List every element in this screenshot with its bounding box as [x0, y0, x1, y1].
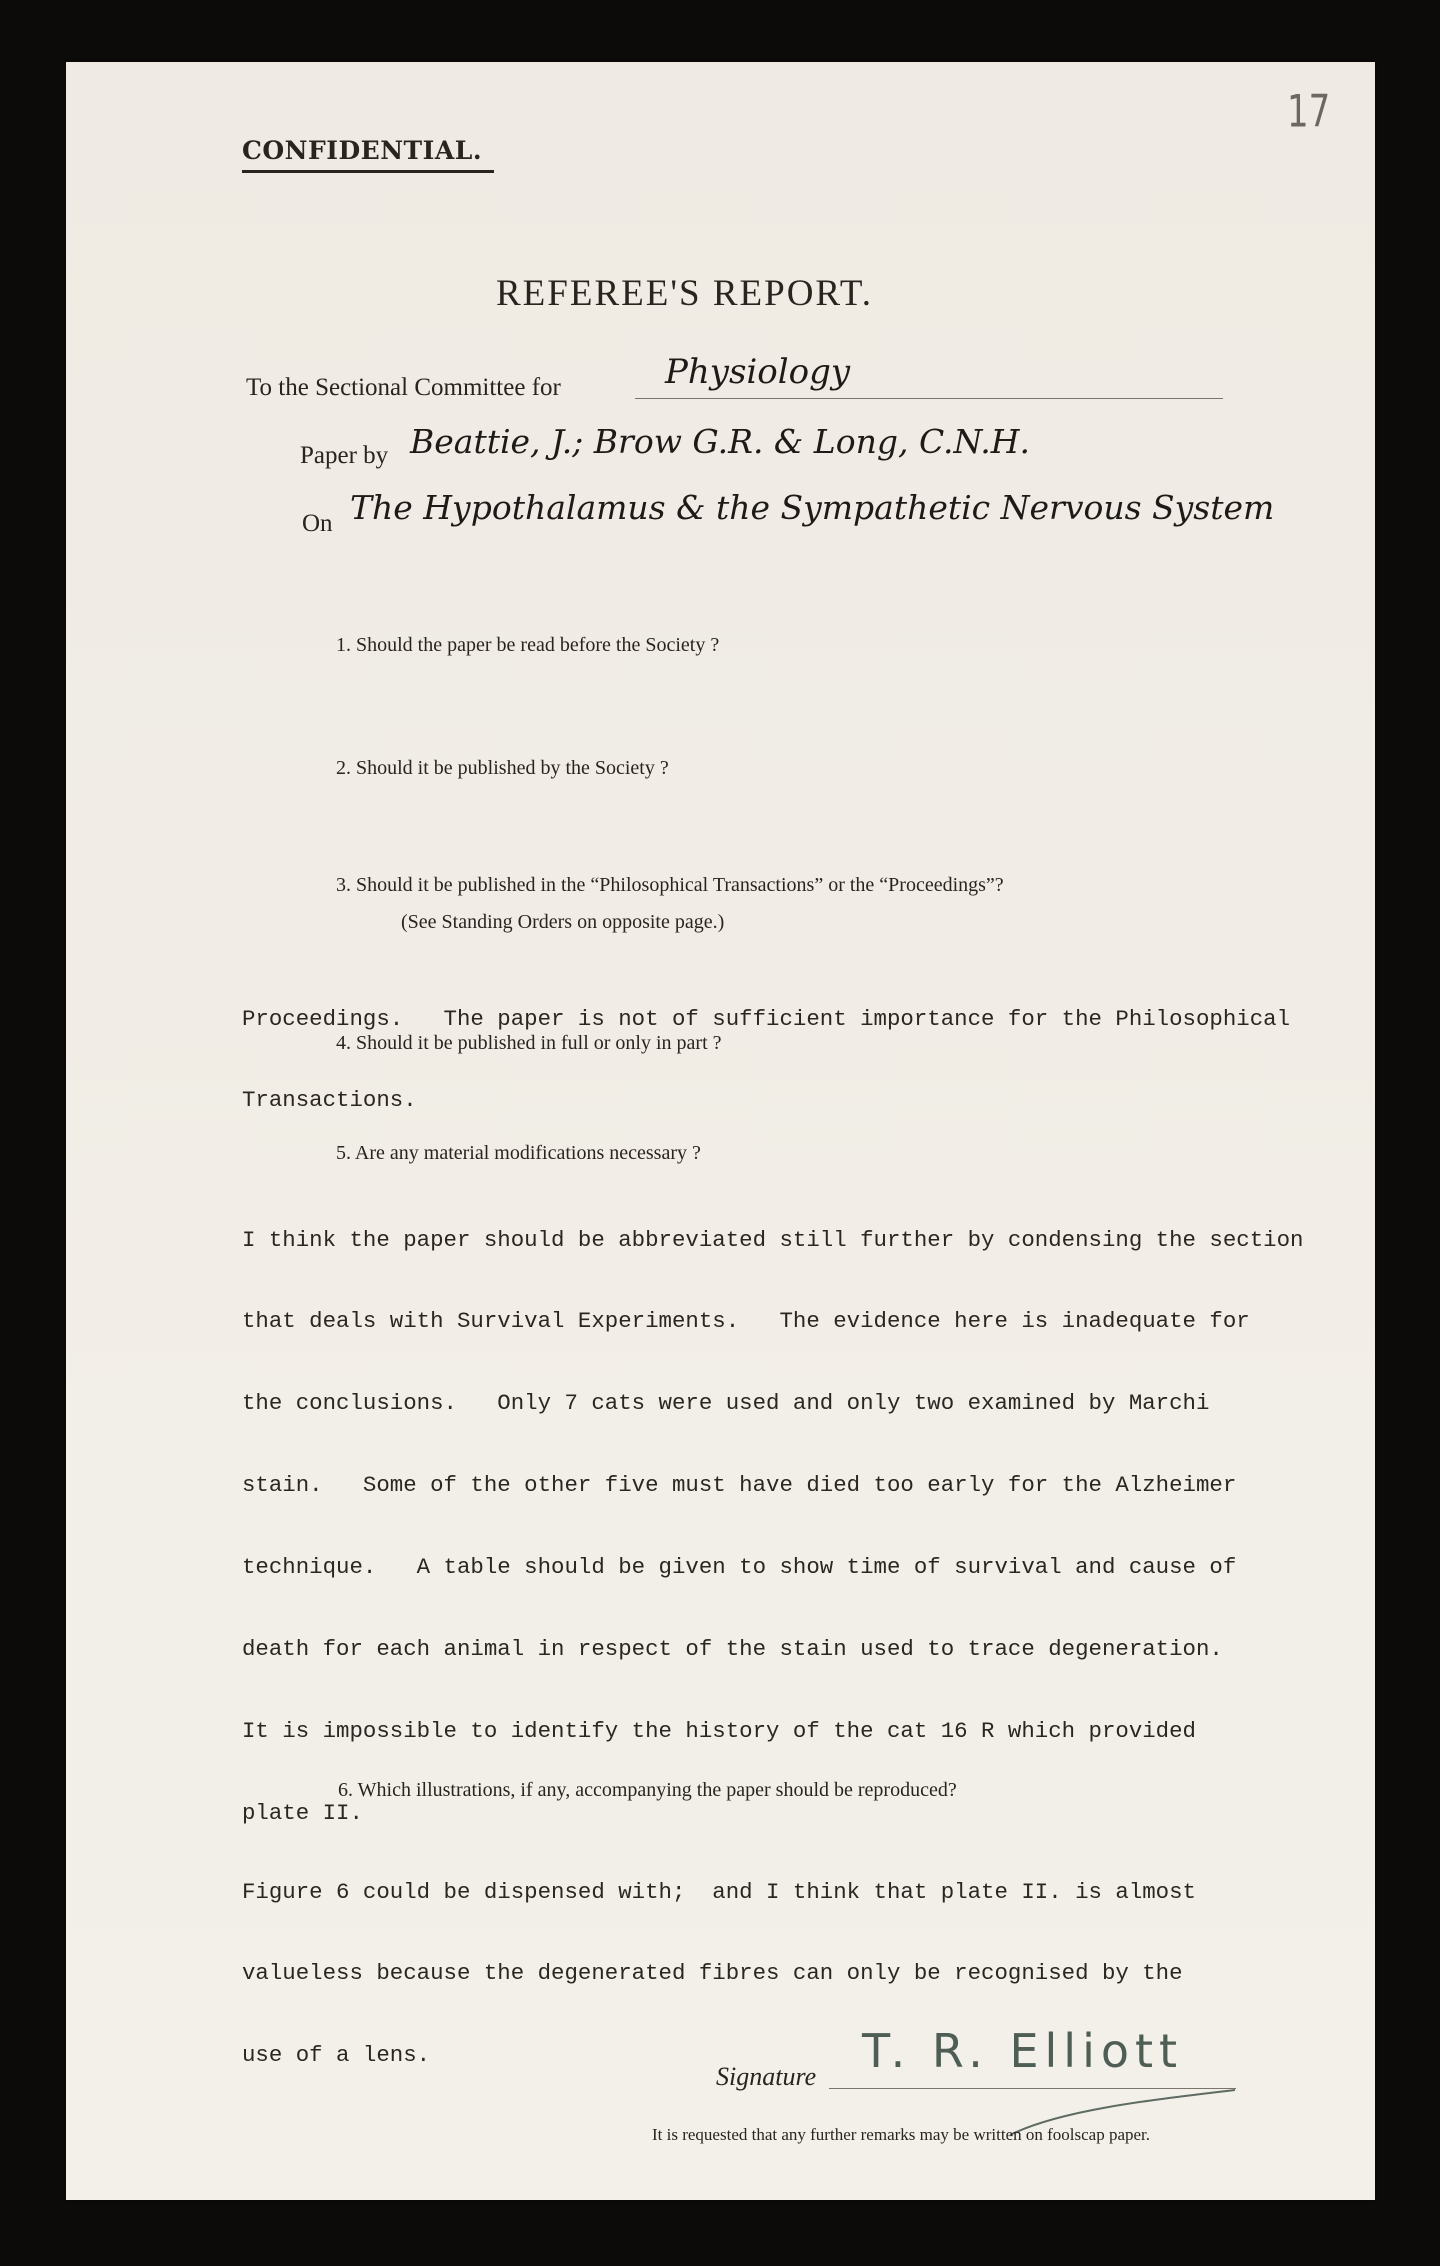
- signature-label: Signature: [716, 2062, 816, 2092]
- answer-line: that deals with Survival Experiments. Th…: [242, 1308, 1304, 1335]
- question-4: 4. Should it be published in full or onl…: [336, 1032, 722, 1055]
- signature-value: T. R. Elliott: [862, 2024, 1183, 2078]
- question-2: 2. Should it be published by the Society…: [336, 757, 669, 780]
- answer-line: valueless because the degenerated fibres…: [242, 1960, 1196, 1987]
- question-1-text: Should the paper be read before the Soci…: [356, 634, 719, 656]
- answer-line: I think the paper should be abbreviated …: [242, 1227, 1304, 1254]
- question-4-number: 4.: [336, 1032, 351, 1054]
- question-1: 1. Should the paper be read before the S…: [336, 634, 719, 657]
- answer-line: Transactions.: [242, 1087, 1290, 1114]
- question-1-number: 1.: [336, 634, 351, 656]
- question-5-number: 5.: [336, 1142, 351, 1164]
- question-2-text: Should it be published by the Society ?: [356, 757, 669, 779]
- answer-line: stain. Some of the other five must have …: [242, 1472, 1304, 1499]
- on-label: On: [302, 510, 333, 538]
- question-6-number: 6.: [338, 1779, 353, 1801]
- committee-value: Physiology: [665, 352, 850, 392]
- question-4-text: Should it be published in full or only i…: [356, 1032, 722, 1054]
- question-6: 6. Which illustrations, if any, accompan…: [338, 1779, 957, 1802]
- committee-label: To the Sectional Committee for: [246, 374, 561, 402]
- question-3: 3. Should it be published in the “Philos…: [336, 874, 1004, 897]
- question-3-note: (See Standing Orders on opposite page.): [401, 911, 724, 934]
- answer-line: death for each animal in respect of the …: [242, 1636, 1304, 1663]
- committee-fill-line: [635, 398, 1223, 399]
- question-5: 5. Are any material modifications necess…: [336, 1142, 701, 1165]
- paper-by-value: Beattie, J.; Brow G.R. & Long, C.N.H.: [410, 422, 1030, 461]
- question-6-text: Which illustrations, if any, accompanyin…: [358, 1779, 957, 1801]
- footnote: It is requested that any further remarks…: [652, 2125, 1150, 2145]
- confidential-underline: [242, 170, 494, 173]
- answer-line: the conclusions. Only 7 cats were used a…: [242, 1390, 1304, 1417]
- answer-line: It is impossible to identify the history…: [242, 1718, 1304, 1745]
- on-value: The Hypothalamus & the Sympathetic Nervo…: [350, 488, 1274, 527]
- question-3-number: 3.: [336, 874, 351, 896]
- answer-line: Proceedings. The paper is not of suffici…: [242, 1006, 1290, 1033]
- answer-line: Figure 6 could be dispensed with; and I …: [242, 1879, 1196, 1906]
- confidential-heading: CONFIDENTIAL.: [242, 136, 482, 165]
- page-number: 17: [1287, 86, 1330, 138]
- answer-line: technique. A table should be given to sh…: [242, 1554, 1304, 1581]
- question-5-answer: I think the paper should be abbreviated …: [242, 1172, 1304, 1854]
- paper-by-label: Paper by: [300, 442, 388, 470]
- question-5-text: Are any material modifications necessary…: [355, 1142, 701, 1164]
- question-2-number: 2.: [336, 757, 351, 779]
- question-3-text: Should it be published in the “Philosoph…: [356, 874, 1004, 896]
- report-title: REFEREE'S REPORT.: [496, 272, 873, 315]
